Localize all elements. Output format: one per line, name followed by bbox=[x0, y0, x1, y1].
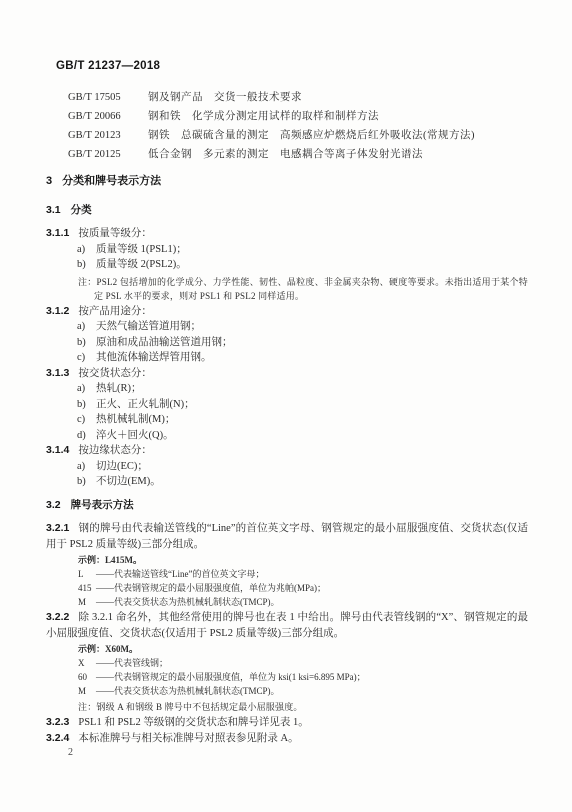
clause-number: 3.1.1 bbox=[46, 227, 69, 239]
definition-line: M——代表交货状态为热机械轧制状态(TMCP)。 bbox=[46, 684, 528, 698]
list-item-label: d) bbox=[77, 428, 96, 444]
definition-term: L bbox=[78, 567, 96, 581]
clause-line: 3.1.4按边缘状态分： bbox=[46, 443, 528, 459]
text-content: 按产品用途分： bbox=[78, 306, 152, 317]
text-content: ——代表交货状态为热机械轧制状态(TMCP)。 bbox=[96, 597, 280, 607]
clause-number: 3.2.3 bbox=[46, 716, 69, 728]
definition-term: 60 bbox=[78, 670, 96, 684]
text-content: 热轧(R)； bbox=[96, 383, 142, 394]
text-content: 分类和牌号表示方法 bbox=[62, 175, 161, 187]
reference-item: GB/T 17505钢及钢产品 交货一般技术要求 bbox=[68, 88, 528, 107]
reference-code: GB/T 20123 bbox=[68, 126, 136, 145]
list-item: b)正火、正火轧制(N)； bbox=[46, 397, 528, 413]
text-content: ——代表交货状态为热机械轧制状态(TMCP)。 bbox=[96, 686, 280, 696]
list-item-label: a) bbox=[77, 381, 96, 397]
reference-title: 钢和铁 化学成分测定用试样的取样和制样方法 bbox=[148, 111, 379, 122]
reference-title: 钢铁 总碳硫含量的测定 高频感应炉燃烧后红外吸收法(常规方法) bbox=[148, 130, 475, 141]
clause-line: 3.2.3PSL1 和 PSL2 等级钢的交货状态和牌号详见表 1。 bbox=[46, 715, 528, 731]
list-item-label: a) bbox=[77, 459, 96, 475]
clause-line: 3.1.3按交货状态分： bbox=[46, 366, 528, 382]
clause-number: 3.2.2 bbox=[46, 611, 69, 623]
text-content: ——代表钢管规定的最小屈服强度值，单位为 ksi(1 ksi=6.895 MPa… bbox=[96, 672, 366, 682]
text-content: 热机械轧制(M)； bbox=[96, 414, 175, 425]
document-content: GB/T 17505钢及钢产品 交货一般技术要求GB/T 20066钢和铁 化学… bbox=[46, 88, 528, 746]
subsection-heading: 3.2牌号表示方法 bbox=[46, 498, 528, 514]
text-content: 原油和成品油输送管道用钢； bbox=[96, 337, 233, 348]
list-item-label: a) bbox=[77, 319, 96, 335]
list-item: a)天然气输送管道用钢； bbox=[46, 319, 528, 335]
text-content: 按交货状态分： bbox=[78, 368, 152, 379]
standard-number-header: GB/T 21237—2018 bbox=[56, 60, 160, 72]
clause-number: 3.1.2 bbox=[46, 305, 69, 317]
list-item: d)淬火＋回火(Q)。 bbox=[46, 428, 528, 444]
page-number: 2 bbox=[68, 747, 73, 758]
definition-line: 60——代表钢管规定的最小屈服强度值，单位为 ksi(1 ksi=6.895 M… bbox=[46, 670, 528, 684]
list-item-label: b) bbox=[77, 257, 96, 273]
clause-line: 3.1.2按产品用途分： bbox=[46, 304, 528, 320]
clause-paragraph: 3.2.2除 3.2.1 命名外，其他经常使用的牌号也在表 1 中给出。牌号由代… bbox=[46, 610, 528, 641]
references-list: GB/T 17505钢及钢产品 交货一般技术要求GB/T 20066钢和铁 化学… bbox=[46, 88, 528, 164]
text-content: 质量等级 2(PSL2)。 bbox=[96, 259, 187, 270]
reference-code: GB/T 17505 bbox=[68, 88, 136, 107]
text-content: ——代表管线钢； bbox=[96, 658, 168, 668]
text-content: 正火、正火轧制(N)； bbox=[96, 399, 195, 410]
definition-line: M——代表交货状态为热机械轧制状态(TMCP)。 bbox=[46, 595, 528, 609]
reference-title: 低合金钢 多元素的测定 电感耦合等离子体发射光谱法 bbox=[148, 149, 423, 160]
list-item-label: b) bbox=[77, 397, 96, 413]
list-item-label: a) bbox=[77, 242, 96, 258]
document-page: GB/T 21237—2018 GB/T 17505钢及钢产品 交货一般技术要求… bbox=[0, 0, 572, 812]
text-content: 注：钢级 A 和钢级 B 牌号中不包括规定最小屈服强度。 bbox=[78, 702, 303, 712]
section-heading: 3分类和牌号表示方法 bbox=[46, 174, 528, 190]
text-content: 切边(EC)； bbox=[96, 461, 148, 472]
reference-code: GB/T 20125 bbox=[68, 145, 136, 164]
text-content: 示例：X60M。 bbox=[78, 644, 138, 654]
list-item-label: b) bbox=[77, 474, 96, 490]
text-content: 其他流体输送焊管用钢。 bbox=[96, 352, 212, 363]
definition-line: L——代表输送管线“Line”的首位英文字母； bbox=[46, 567, 528, 581]
text-content: 本标准牌号与相关标准牌号对照表参见附录 A。 bbox=[78, 733, 298, 744]
definition-term: X bbox=[78, 656, 96, 670]
clause-line: 3.1.1按质量等级分： bbox=[46, 226, 528, 242]
text-content: 除 3.2.1 命名外，其他经常使用的牌号也在表 1 中给出。牌号由代表管线钢的… bbox=[46, 612, 528, 639]
text-content: 淬火＋回火(Q)。 bbox=[96, 430, 174, 441]
example-label: 示例：X60M。 bbox=[46, 642, 528, 656]
text-content: ——代表钢管规定的最小屈服强度值，单位为兆帕(MPa)； bbox=[96, 583, 326, 593]
text-content: 按质量等级分： bbox=[78, 228, 152, 239]
clause-number: 3 bbox=[46, 175, 52, 187]
text-content: 天然气输送管道用钢； bbox=[96, 321, 201, 332]
text-content: 注：PSL2 包括增加的化学成分、力学性能、韧性、晶粒度、非金属夹杂物、硬度等要… bbox=[78, 277, 528, 301]
definition-term: M bbox=[78, 595, 96, 609]
definition-term: 415 bbox=[78, 581, 96, 595]
list-item: a)切边(EC)； bbox=[46, 459, 528, 475]
clause-number: 3.2.1 bbox=[46, 522, 69, 534]
note-line: 注：PSL2 包括增加的化学成分、力学性能、韧性、晶粒度、非金属夹杂物、硬度等要… bbox=[46, 275, 528, 303]
list-item: b)质量等级 2(PSL2)。 bbox=[46, 257, 528, 273]
note-line: 注：钢级 A 和钢级 B 牌号中不包括规定最小屈服强度。 bbox=[46, 700, 528, 714]
example-label: 示例：L415M。 bbox=[46, 553, 528, 567]
list-item: b)原油和成品油输送管道用钢； bbox=[46, 335, 528, 351]
text-content: ——代表输送管线“Line”的首位英文字母； bbox=[96, 569, 264, 579]
definition-line: 415——代表钢管规定的最小屈服强度值，单位为兆帕(MPa)； bbox=[46, 581, 528, 595]
reference-code: GB/T 20066 bbox=[68, 107, 136, 126]
text-content: 按边缘状态分： bbox=[78, 445, 152, 456]
list-item: b)不切边(EM)。 bbox=[46, 474, 528, 490]
list-item-label: b) bbox=[77, 335, 96, 351]
text-content: 不切边(EM)。 bbox=[96, 476, 161, 487]
list-item-label: c) bbox=[77, 412, 96, 428]
subsection-heading: 3.1分类 bbox=[46, 203, 528, 219]
list-item: c)其他流体输送焊管用钢。 bbox=[46, 350, 528, 366]
text-content: PSL1 和 PSL2 等级钢的交货状态和牌号详见表 1。 bbox=[78, 717, 308, 728]
clause-number: 3.1.4 bbox=[46, 444, 69, 456]
clause-number: 3.1 bbox=[46, 204, 61, 216]
clause-number: 3.2.4 bbox=[46, 732, 69, 744]
document-body: 3分类和牌号表示方法3.1分类3.1.1按质量等级分：a)质量等级 1(PSL1… bbox=[46, 174, 528, 746]
clause-paragraph: 3.2.1钢的牌号由代表输送管线的“Line”的首位英文字母、钢管规定的最小屈服… bbox=[46, 521, 528, 552]
reference-item: GB/T 20123钢铁 总碳硫含量的测定 高频感应炉燃烧后红外吸收法(常规方法… bbox=[68, 126, 528, 145]
list-item: c)热机械轧制(M)； bbox=[46, 412, 528, 428]
definition-term: M bbox=[78, 684, 96, 698]
clause-line: 3.2.4本标准牌号与相关标准牌号对照表参见附录 A。 bbox=[46, 731, 528, 747]
text-content: 钢的牌号由代表输送管线的“Line”的首位英文字母、钢管规定的最小屈服强度值、交… bbox=[46, 523, 528, 550]
definition-line: X——代表管线钢； bbox=[46, 656, 528, 670]
reference-title: 钢及钢产品 交货一般技术要求 bbox=[148, 92, 302, 103]
clause-number: 3.2 bbox=[46, 499, 61, 511]
text-content: 质量等级 1(PSL1)； bbox=[96, 244, 187, 255]
text-content: 分类 bbox=[71, 204, 92, 216]
text-content: 牌号表示方法 bbox=[71, 499, 134, 511]
reference-item: GB/T 20125低合金钢 多元素的测定 电感耦合等离子体发射光谱法 bbox=[68, 145, 528, 164]
list-item: a)质量等级 1(PSL1)； bbox=[46, 242, 528, 258]
list-item: a)热轧(R)； bbox=[46, 381, 528, 397]
clause-number: 3.1.3 bbox=[46, 367, 69, 379]
text-content: 示例：L415M。 bbox=[78, 555, 142, 565]
reference-item: GB/T 20066钢和铁 化学成分测定用试样的取样和制样方法 bbox=[68, 107, 528, 126]
list-item-label: c) bbox=[77, 350, 96, 366]
